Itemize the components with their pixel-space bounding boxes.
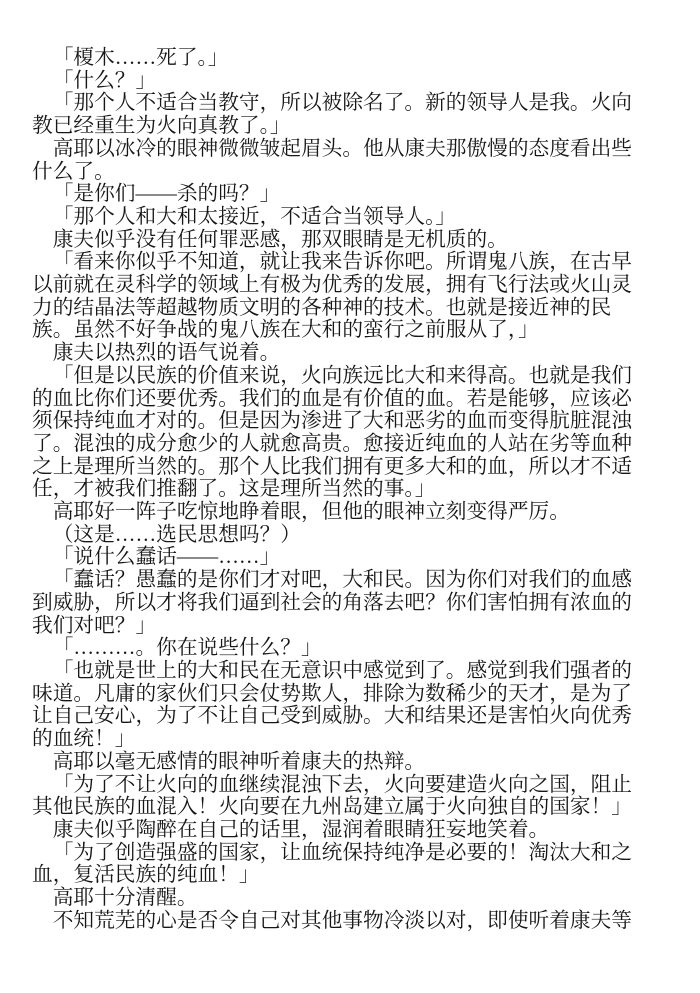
text-line: 高耶好一阵子吃惊地睁着眼，但他的眼神立刻变得严厉。 — [32, 501, 668, 524]
text-line: 「是你们——杀的吗？」 — [32, 183, 668, 206]
paragraph: 「也就是世上的大和民在无意识中感觉到了。感觉到我们强者的味道。凡庸的家伙们只会仗… — [32, 660, 668, 751]
text-line: 康夫以热烈的语气说着。 — [32, 342, 668, 365]
paragraph: 「为了不让火向的血继续混浊下去，火向要建造火向之国，阻止其他民族的血混入！火向要… — [32, 774, 668, 819]
text-line: 族。虽然不好争战的鬼八族在大和的蛮行之前服从了，」 — [32, 319, 668, 342]
text-line: 味道。凡庸的家伙们只会仗势欺人，排除为数稀少的天才，是为了 — [32, 683, 668, 706]
text-line: 其他民族的血混入！火向要在九州岛建立属于火向独自的国家！」 — [32, 796, 668, 819]
paragraph: 高耶好一阵子吃惊地睁着眼，但他的眼神立刻变得严厉。 — [32, 501, 668, 524]
paragraph: 康夫似乎陶醉在自己的话里，湿润着眼睛狂妄地笑着。 — [32, 819, 668, 842]
paragraph: 高耶十分清醒。 — [32, 887, 668, 910]
text-line: 任，才被我们推翻了。这是理所当然的事。」 — [32, 478, 668, 501]
paragraph: 高耶以毫无感情的眼神听着康夫的热辩。 — [32, 751, 668, 774]
paragraph: 不知荒芜的心是否令自己对其他事物冷淡以对，即使听着康夫等 — [32, 910, 668, 933]
text-line: 「但是以民族的价值来说，火向族远比大和来得高。也就是我们 — [32, 365, 668, 388]
text-line: 教已经重生为火向真教了。」 — [32, 115, 668, 138]
text-line: 「看来你似乎不知道，就让我来告诉你吧。所谓鬼八族，在古早 — [32, 251, 668, 274]
text-line: 「说什么蠢话——……」 — [32, 546, 668, 569]
text-line: 高耶十分清醒。 — [32, 887, 668, 910]
novel-page: 「榎木……死了。」「什么？」「那个人不适合当教守，所以被除名了。新的领导人是我。… — [0, 0, 700, 993]
text-line: 不知荒芜的心是否令自己对其他事物冷淡以对，即使听着康夫等 — [32, 910, 668, 933]
text-line: 什么了。 — [32, 161, 668, 184]
text-line: 到威胁，所以才将我们逼到社会的角落去吧？你们害怕拥有浓血的 — [32, 592, 668, 615]
text-line: 「………。你在说些什么？」 — [32, 637, 668, 660]
paragraph: 「为了创造强盛的国家，让血统保持纯净是必要的！淘汰大和之血，复活民族的纯血！」 — [32, 842, 668, 887]
paragraph: 「………。你在说些什么？」 — [32, 637, 668, 660]
text-line: 「也就是世上的大和民在无意识中感觉到了。感觉到我们强者的 — [32, 660, 668, 683]
paragraph: （这是……选民思想吗？） — [32, 524, 668, 547]
paragraph: 「说什么蠢话——……」 — [32, 546, 668, 569]
text-line: 的血统！」 — [32, 728, 668, 751]
paragraph: 「蠢话？愚蠢的是你们才对吧，大和民。因为你们对我们的血感到威胁，所以才将我们逼到… — [32, 569, 668, 637]
paragraph: 高耶以冰冷的眼神微微皱起眉头。他从康夫那傲慢的态度看出些什么了。 — [32, 138, 668, 183]
paragraph: 「榎木……死了。」 — [32, 47, 668, 70]
paragraph: 康夫以热烈的语气说着。 — [32, 342, 668, 365]
text-line: 高耶以毫无感情的眼神听着康夫的热辩。 — [32, 751, 668, 774]
text-line: 「那个人和大和太接近，不适合当领导人。」 — [32, 206, 668, 229]
text-line: 之上是理所当然的。那个人比我们拥有更多大和的血，所以才不适 — [32, 456, 668, 479]
page-text: 「榎木……死了。」「什么？」「那个人不适合当教守，所以被除名了。新的领导人是我。… — [32, 47, 668, 932]
text-line: 「那个人不适合当教守，所以被除名了。新的领导人是我。火向 — [32, 92, 668, 115]
text-line: （这是……选民思想吗？） — [32, 524, 668, 547]
text-line: 「为了创造强盛的国家，让血统保持纯净是必要的！淘汰大和之 — [32, 842, 668, 865]
text-line: 了。混浊的成分愈少的人就愈高贵。愈接近纯血的人站在劣等血种 — [32, 433, 668, 456]
text-line: 「什么？」 — [32, 70, 668, 93]
paragraph: 「是你们——杀的吗？」 — [32, 183, 668, 206]
text-line: 须保持纯血才对的。但是因为渗进了大和恶劣的血而变得肮脏混浊 — [32, 410, 668, 433]
text-line: 以前就在灵科学的领域上有极为优秀的发展，拥有飞行法或火山灵 — [32, 274, 668, 297]
text-line: 我们对吧？」 — [32, 615, 668, 638]
paragraph: 「那个人不适合当教守，所以被除名了。新的领导人是我。火向教已经重生为火向真教了。… — [32, 92, 668, 137]
paragraph: 「那个人和大和太接近，不适合当领导人。」 — [32, 206, 668, 229]
text-line: 让自己安心，为了不让自己受到威胁。大和结果还是害怕火向优秀 — [32, 705, 668, 728]
text-line: 高耶以冰冷的眼神微微皱起眉头。他从康夫那傲慢的态度看出些 — [32, 138, 668, 161]
paragraph: 「但是以民族的价值来说，火向族远比大和来得高。也就是我们的血比你们还要优秀。我们… — [32, 365, 668, 501]
text-line: 「榎木……死了。」 — [32, 47, 668, 70]
text-line: 血，复活民族的纯血！」 — [32, 864, 668, 887]
text-line: 的血比你们还要优秀。我们的血是有价值的血。若是能够，应该必 — [32, 388, 668, 411]
paragraph: 「看来你似乎不知道，就让我来告诉你吧。所谓鬼八族，在古早以前就在灵科学的领域上有… — [32, 251, 668, 342]
text-line: 「蠢话？愚蠢的是你们才对吧，大和民。因为你们对我们的血感 — [32, 569, 668, 592]
text-line: 康夫似乎没有任何罪恶感，那双眼睛是无机质的。 — [32, 229, 668, 252]
text-line: 「为了不让火向的血继续混浊下去，火向要建造火向之国，阻止 — [32, 774, 668, 797]
text-line: 力的结晶法等超越物质文明的各种神的技术。也就是接近神的民 — [32, 297, 668, 320]
paragraph: 「什么？」 — [32, 70, 668, 93]
paragraph: 康夫似乎没有任何罪恶感，那双眼睛是无机质的。 — [32, 229, 668, 252]
text-line: 康夫似乎陶醉在自己的话里，湿润着眼睛狂妄地笑着。 — [32, 819, 668, 842]
